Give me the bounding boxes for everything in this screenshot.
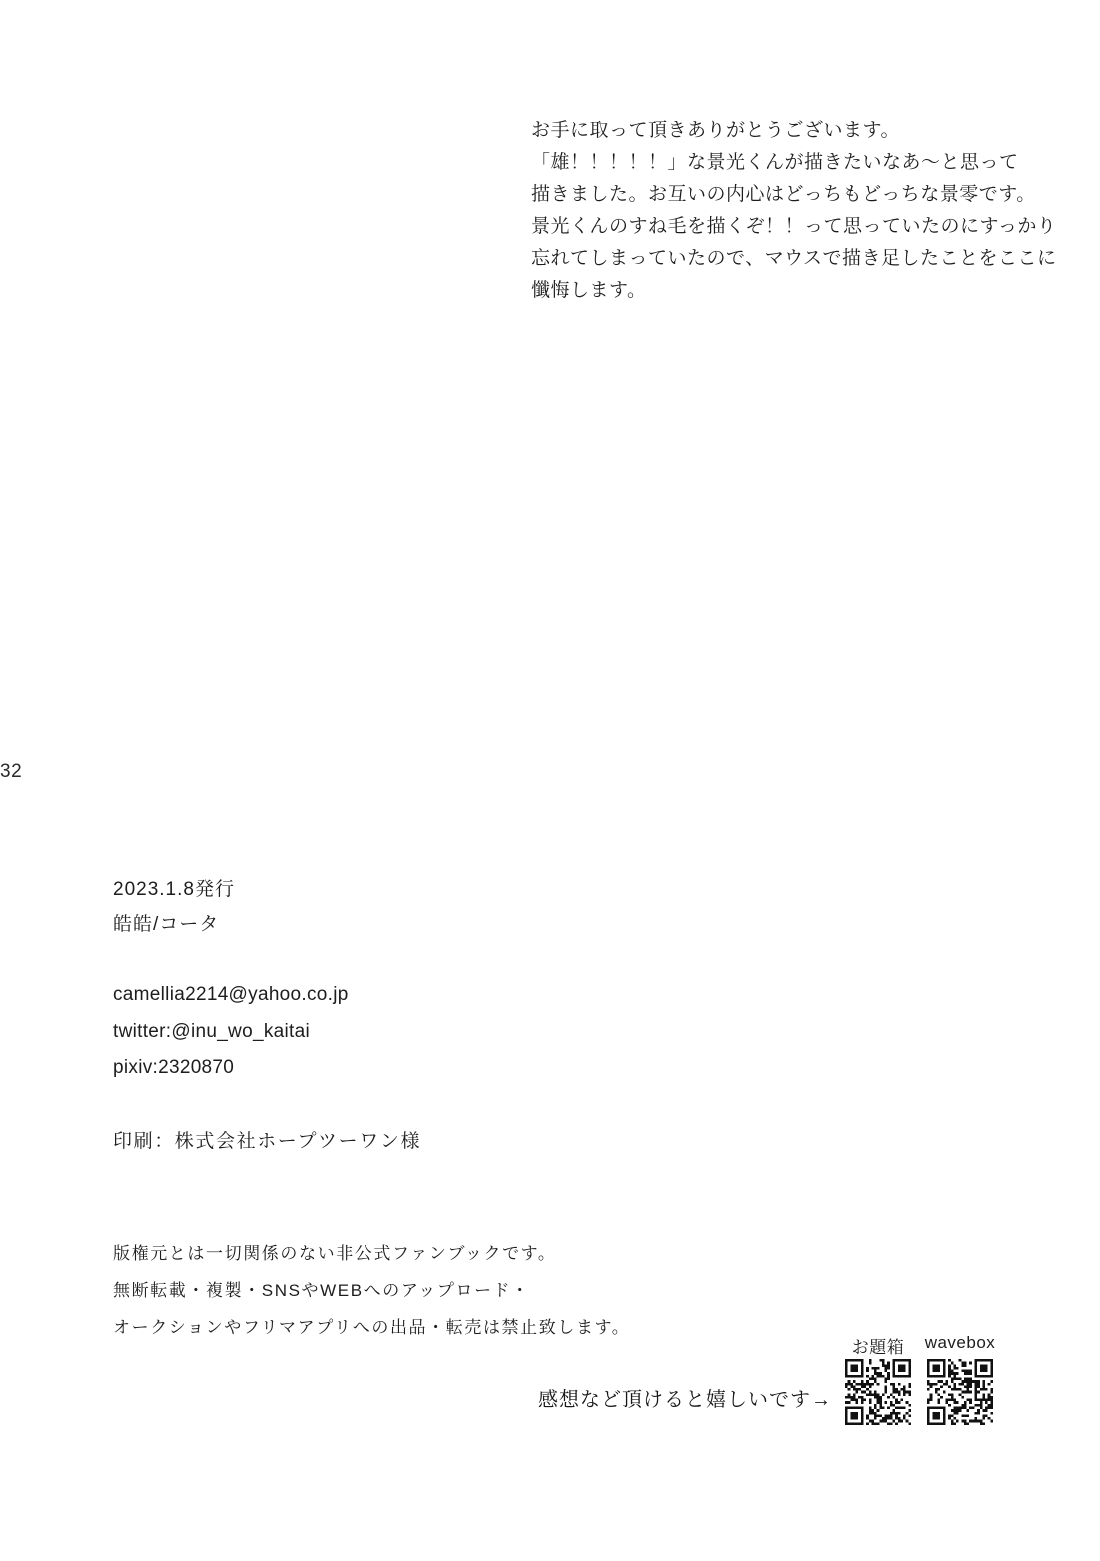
contact-email: camellia2214@yahoo.co.jp	[113, 984, 349, 1006]
wavebox-qr-code	[927, 1359, 993, 1425]
page-number: 32	[0, 761, 22, 783]
publish-date: 2023.1.8発行	[113, 874, 235, 901]
printer-credit: 印刷：株式会社ホープツーワン様	[113, 1126, 421, 1153]
odaibako-qr-label: お題箱	[838, 1333, 918, 1358]
disclaimer-line-3: オークションやフリマアプリへの出品・転売は禁止致します。	[113, 1313, 630, 1338]
disclaimer-line-1: 版権元とは一切関係のない非公式ファンブックです。	[113, 1239, 557, 1264]
circle-author-name: 皓皓/コータ	[113, 909, 219, 936]
contact-pixiv: pixiv:2320870	[113, 1057, 234, 1079]
odaibako-qr-code	[845, 1359, 911, 1425]
afterword-text: お手に取って頂きありがとうございます。 「雄！！！！！」な景光くんが描きたいなあ…	[531, 115, 1061, 307]
doujinshi-colophon-page: 32 お手に取って頂きありがとうございます。 「雄！！！！！」な景光くんが描きた…	[0, 0, 1100, 1561]
feedback-request-message: 感想など頂けると嬉しいです→	[538, 1383, 832, 1412]
wavebox-qr-label: wavebox	[920, 1333, 1000, 1353]
contact-twitter: twitter:@inu_wo_kaitai	[113, 1021, 310, 1043]
disclaimer-line-2: 無断転載・複製・SNSやWEBへのアップロード・	[113, 1276, 530, 1301]
